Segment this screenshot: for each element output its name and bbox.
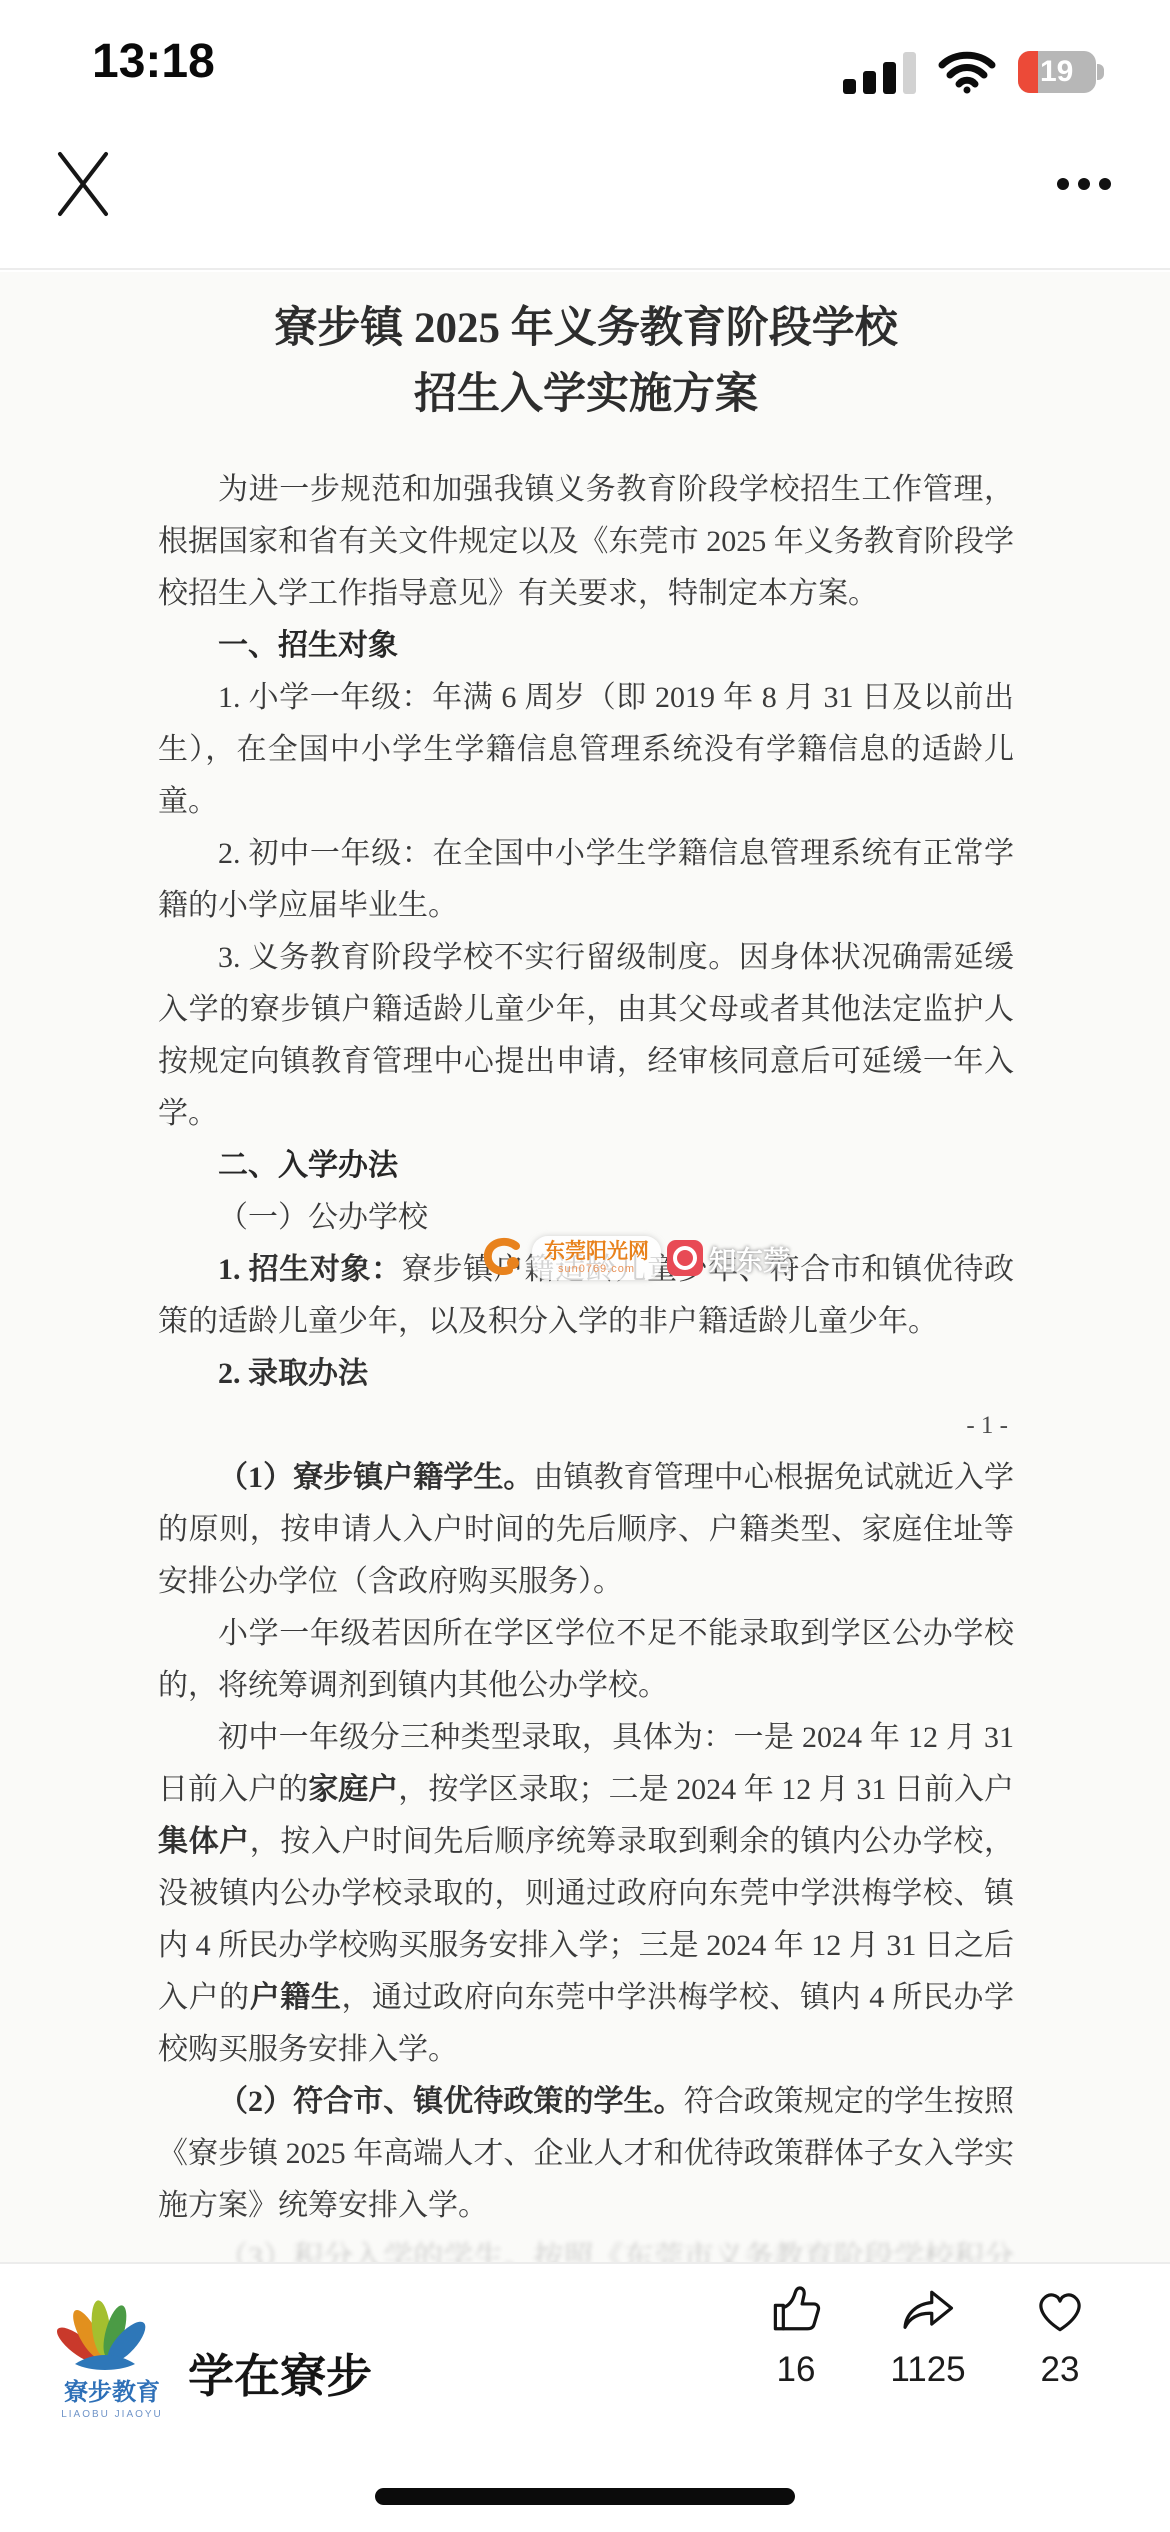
doc-paragraph: 一、招生对象 (158, 620, 1014, 672)
home-indicator[interactable] (375, 2488, 795, 2505)
doc-paragraph: （2）符合市、镇优待政策的学生。符合政策规定的学生按照《寮步镇 2025 年高端… (158, 2076, 1014, 2232)
thumbs-up-icon (730, 2280, 862, 2340)
document-body: 为进一步规范和加强我镇义务教育阶段学校招生工作管理，根据国家和省有关文件规定以及… (158, 464, 1014, 2262)
doc-paragraph: （1）寮步镇户籍学生。由镇教育管理中心根据免试就近入学的原则，按申请人入户时间的… (158, 1452, 1014, 1608)
document-scan[interactable]: 寮步镇 2025 年义务教育阶段学校 招生入学实施方案 为进一步规范和加强我镇义… (0, 272, 1170, 2262)
action-bar: 16 1125 23 (730, 2280, 1126, 2390)
nav-bar (0, 100, 1170, 270)
document-title: 寮步镇 2025 年义务教育阶段学校 招生入学实施方案 (158, 296, 1014, 428)
account-logo-subtext: LIAOBU JIAOYU (52, 2409, 172, 2420)
account-name[interactable]: 学在寮步 (188, 2340, 372, 2406)
close-icon[interactable] (52, 148, 114, 220)
like-count: 16 (730, 2350, 862, 2390)
like-button[interactable]: 16 (730, 2280, 862, 2390)
doc-paragraph: 3. 义务教育阶段学校不实行留级制度。因身体状况确需延缓入学的寮步镇户籍适龄儿童… (158, 932, 1014, 1140)
doc-paragraph: - 1 - (158, 1400, 1014, 1452)
wifi-icon (938, 50, 996, 94)
doc-paragraph: 为进一步规范和加强我镇义务教育阶段学校招生工作管理，根据国家和省有关文件规定以及… (158, 464, 1014, 620)
watermark-site-url: sun0769.com (558, 1263, 635, 1275)
share-arrow-icon (862, 2280, 994, 2340)
doc-paragraph: 初中一年级分三种类型录取，具体为：一是 2024 年 12 月 31 日前入户的… (158, 1712, 1014, 2076)
account-logo-text: 寮步教育 (52, 2372, 172, 2407)
status-time: 13:18 (92, 34, 215, 89)
share-button[interactable]: 1125 (862, 2280, 994, 2390)
favorite-button[interactable]: 23 (994, 2280, 1126, 2390)
watermark-site-pill: 东莞阳光网 sun0769.com (532, 1236, 661, 1280)
status-bar: 13:18 19 (0, 0, 1170, 100)
zhidongguan-app-icon (667, 1240, 703, 1276)
doc-paragraph: 2. 录取办法 (158, 1348, 1014, 1400)
wechat-article-screen: 13:18 19 (0, 0, 1170, 2532)
liaobu-education-logo-icon (52, 2292, 172, 2370)
watermark-app-name: 知东莞 (709, 1239, 790, 1278)
footer-bar: 寮步教育 LIAOBU JIAOYU 学在寮步 16 (0, 2262, 1170, 2532)
favorite-count: 23 (994, 2350, 1126, 2390)
share-count: 1125 (862, 2350, 994, 2390)
doc-paragraph: （3）积分入学的学生。按照《东莞市义务教育阶段学校积分制入学实施方案》安排入学。 (158, 2232, 1014, 2262)
watermark: 东莞阳光网 sun0769.com 知东莞 (482, 1234, 790, 1282)
doc-paragraph: 二、入学办法 (158, 1140, 1014, 1192)
sun0769-logo-icon (482, 1236, 526, 1280)
account-logo[interactable]: 寮步教育 LIAOBU JIAOYU (52, 2292, 172, 2420)
heart-icon (994, 2280, 1126, 2340)
battery-percent: 19 (1040, 55, 1073, 89)
cellular-signal-icon (843, 50, 916, 94)
battery-icon: 19 (1018, 51, 1104, 93)
doc-paragraph: 2. 初中一年级：在全国中小学生学籍信息管理系统有正常学籍的小学应届毕业生。 (158, 828, 1014, 932)
doc-paragraph: 1. 小学一年级：年满 6 周岁（即 2019 年 8 月 31 日及以前出生）… (158, 672, 1014, 828)
watermark-site-name: 东莞阳光网 (544, 1241, 649, 1263)
more-options-icon[interactable] (1038, 164, 1130, 204)
doc-paragraph: 小学一年级若因所在学区学位不足不能录取到学区公办学校的，将统筹调剂到镇内其他公办… (158, 1608, 1014, 1712)
status-icons: 19 (843, 50, 1104, 94)
